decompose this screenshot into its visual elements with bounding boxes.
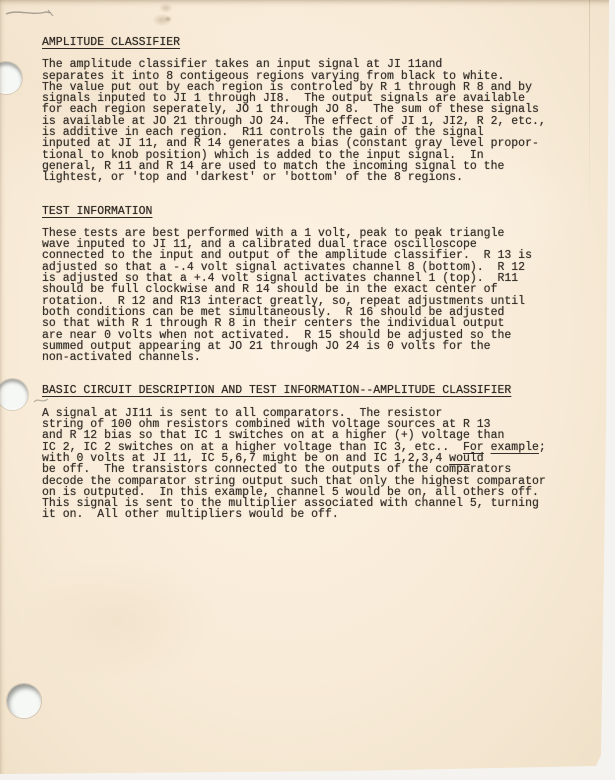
paper-crease [589, 0, 590, 220]
text-line: lightest, or 'top and 'darkest' or 'bott… [42, 172, 582, 183]
document-section: TEST INFORMATIONThese tests are best per… [42, 206, 582, 364]
text-segment [484, 441, 491, 454]
document-section: AMPLITUDE CLASSIFIERThe amplitude classi… [42, 37, 582, 184]
text-segment: ; [539, 441, 546, 454]
typewritten-content: AMPLITUDE CLASSIFIERThe amplitude classi… [42, 37, 582, 543]
scanned-page: { "page": { "paper_color": "#f8ebd8", "i… [0, 0, 615, 780]
paper: AMPLITUDE CLASSIFIERThe amplitude classi… [0, 0, 615, 780]
ink-smudge-top [146, 0, 190, 32]
section-paragraph: These tests are best performed with a 1 … [42, 228, 582, 364]
punch-hole-top [0, 62, 22, 94]
text-line: be off. The transistors connected to the… [42, 464, 582, 475]
text-line: non-activated channels. [42, 352, 582, 363]
punch-hole-middle [0, 379, 28, 410]
section-heading: BASIC CIRCUIT DESCRIPTION AND TEST INFOR… [42, 385, 582, 396]
pencil-mark-top-left [4, 5, 62, 21]
text-line: inputed at JI 11, and R 14 generates a b… [42, 138, 582, 149]
section-heading: TEST INFORMATION [42, 206, 582, 217]
text-line: it on. All other multipliers would be of… [42, 509, 582, 520]
section-paragraph: The amplitude classifier takes an input … [42, 59, 582, 183]
document-section: BASIC CIRCUIT DESCRIPTION AND TEST INFOR… [42, 385, 582, 520]
text-line: so that with R 1 through R 8 in their ce… [42, 318, 582, 329]
scan-stage: AMPLITUDE CLASSIFIERThe amplitude classi… [0, 0, 615, 780]
section-paragraph: A signal at JI11 is sent to all comparat… [42, 408, 582, 521]
text-line: The amplitude classifier takes an input … [42, 59, 582, 70]
section-heading: AMPLITUDE CLASSIFIER [42, 37, 582, 48]
underlined-text: example [491, 441, 539, 454]
text-line: should be full clockwise and R 14 should… [42, 284, 582, 295]
punch-hole-bottom [7, 684, 41, 718]
